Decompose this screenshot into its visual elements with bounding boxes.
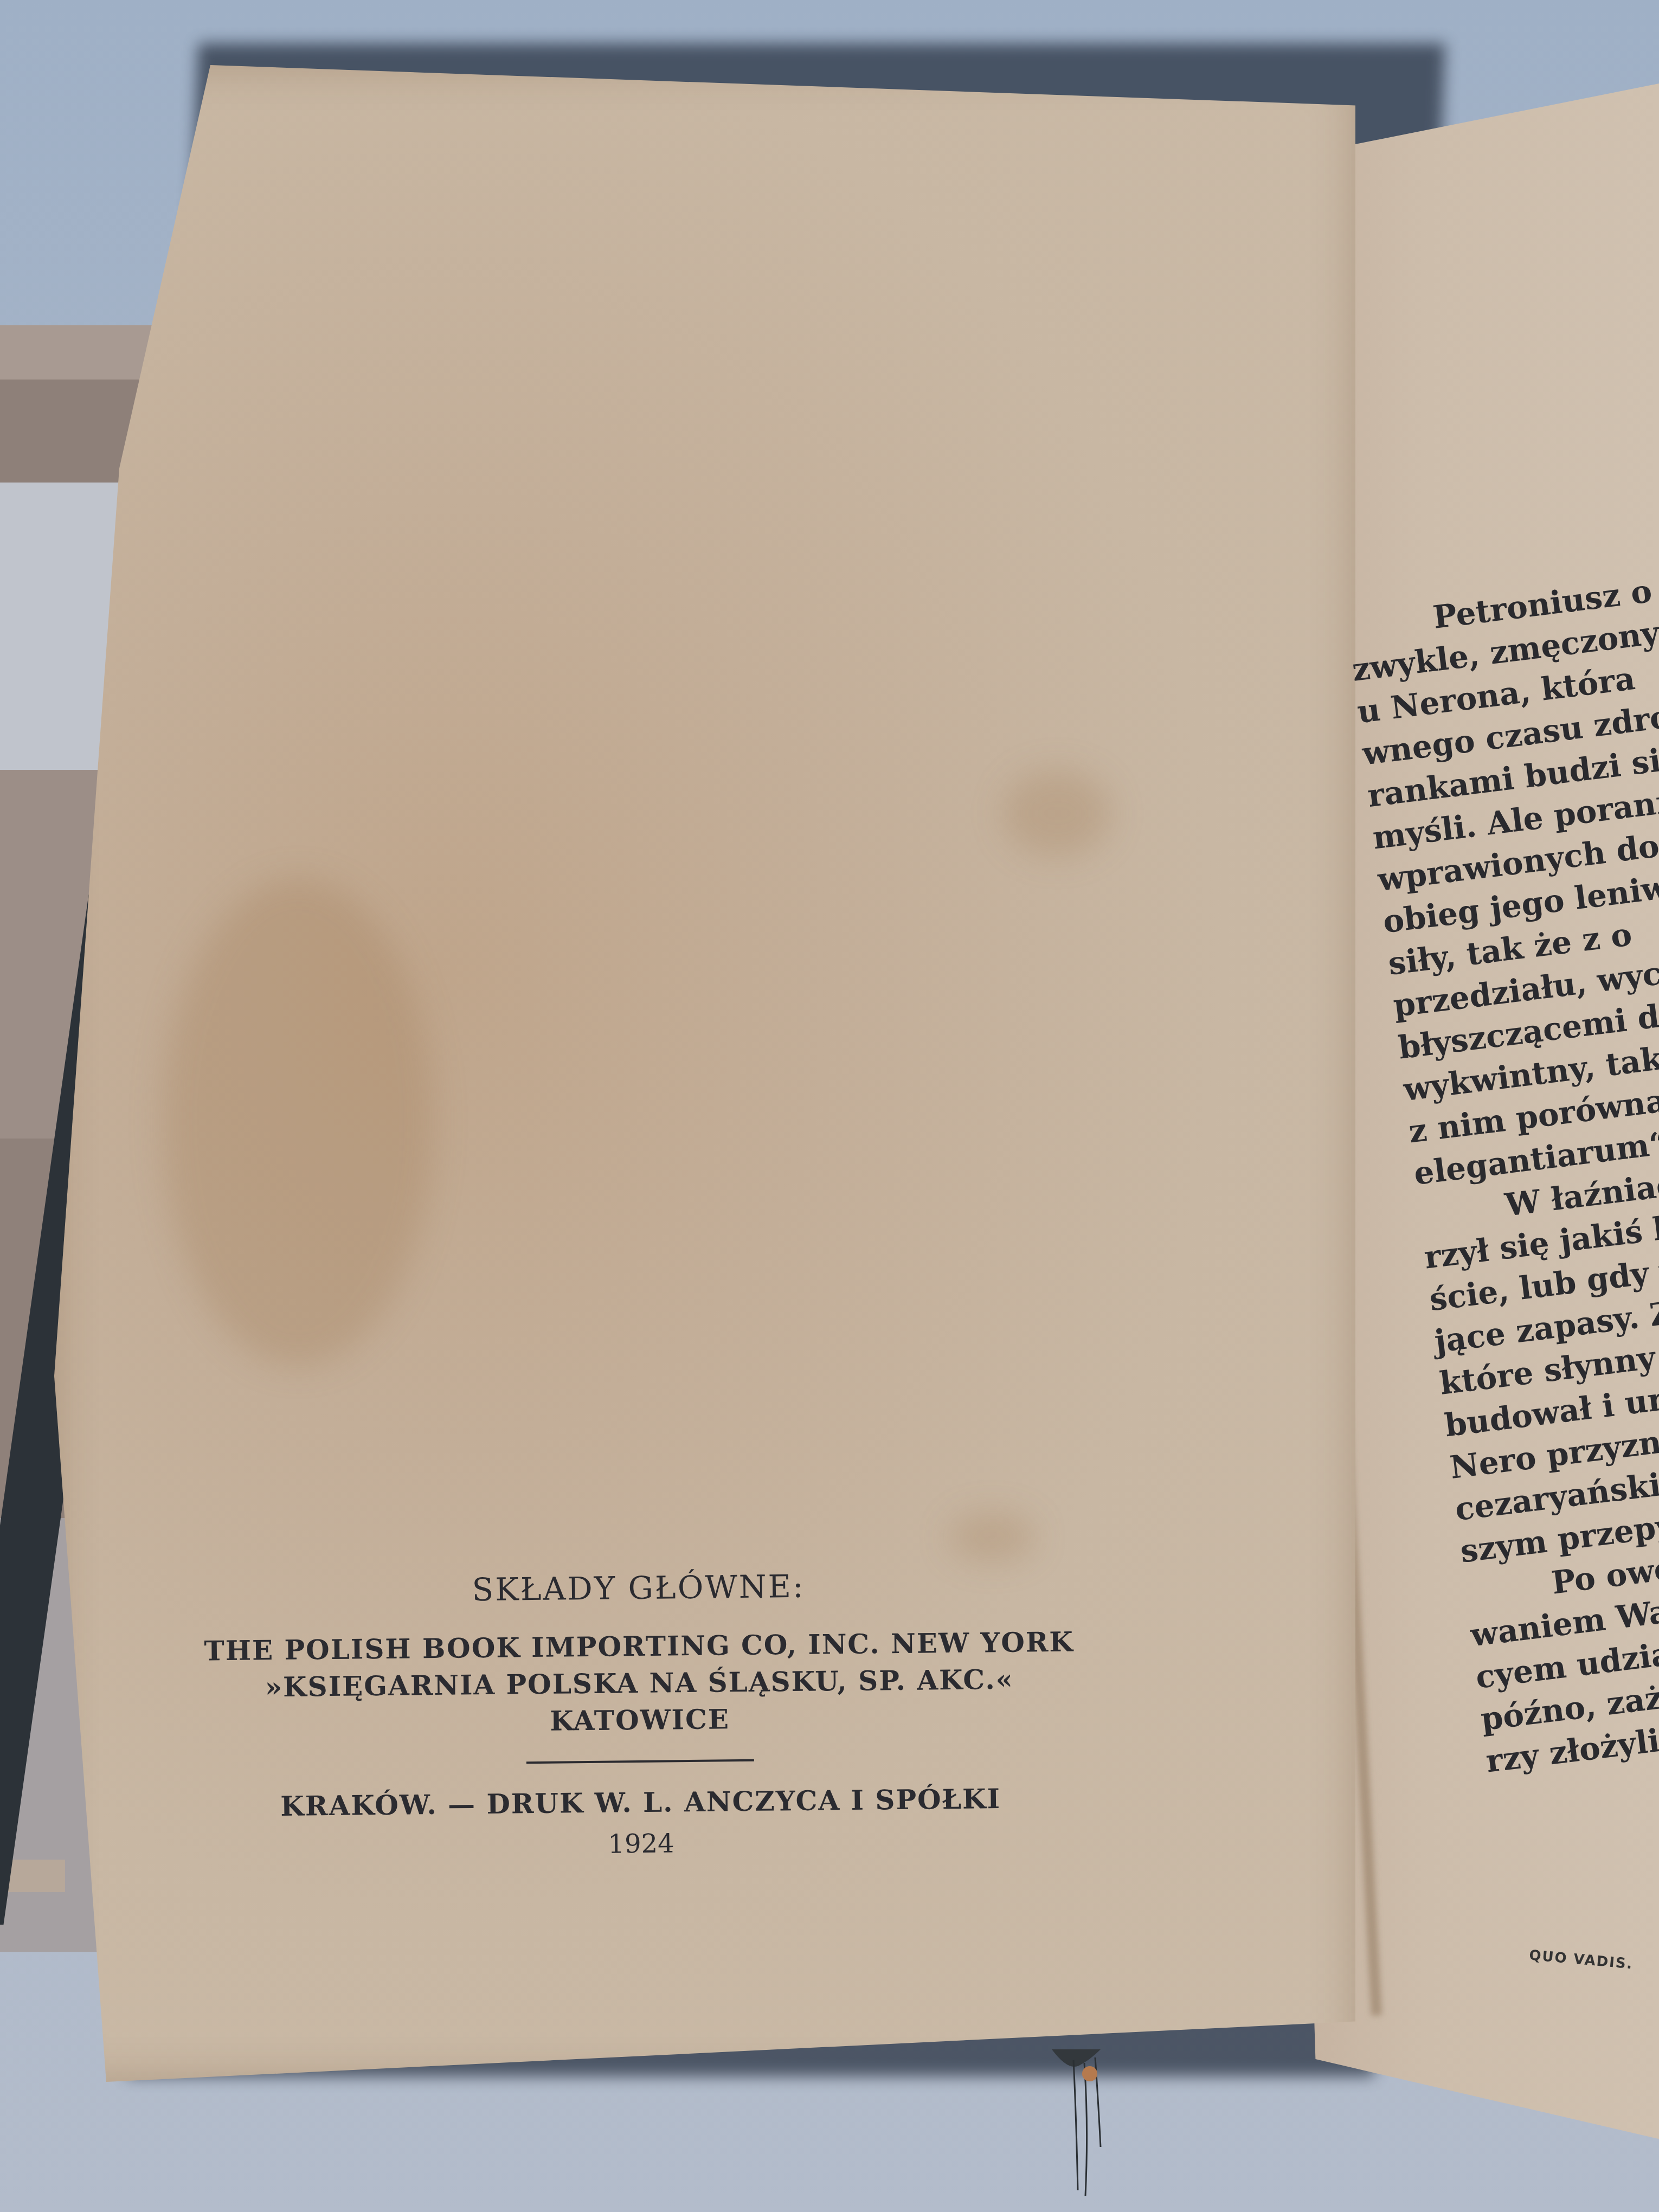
publisher-imprint: SKŁADY GŁÓWNE: THE POLISH BOOK IMPORTING…: [177, 1565, 1102, 1864]
imprint-line: »KSIĘGARNIA POLSKA NA ŚLĄSKU, SP. AKC.« …: [178, 1660, 1101, 1744]
foxing-stain: [163, 878, 434, 1366]
foxing-stain: [949, 1513, 1036, 1561]
printer-line: KRAKÓW. — DRUK W. L. ANCZYCA I SPÓŁKI: [179, 1779, 1102, 1826]
loose-binding-threads: [1046, 2049, 1111, 2201]
foxing-stain: [1003, 770, 1111, 857]
divider-rule: [526, 1759, 754, 1764]
